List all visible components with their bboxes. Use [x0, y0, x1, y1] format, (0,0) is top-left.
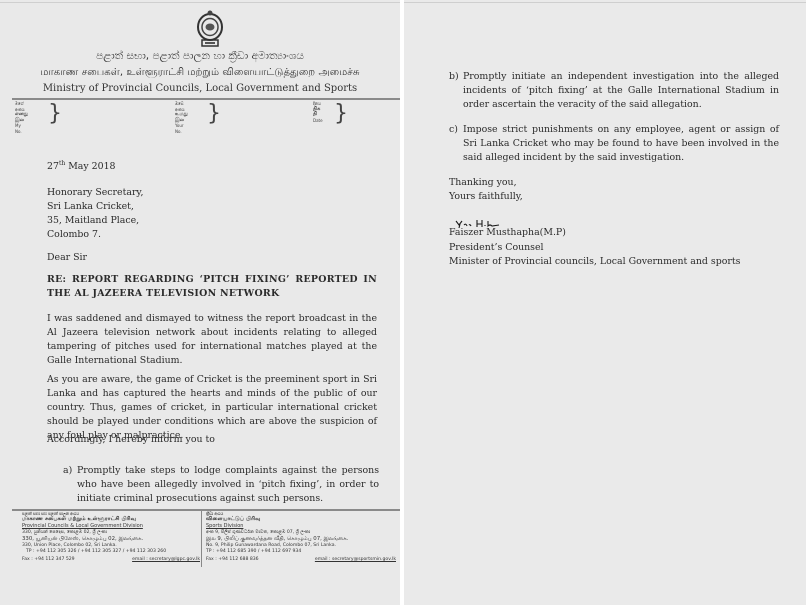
division-name-english: Provincial Councils & Local Government D…	[22, 523, 200, 530]
recipient-address: Honorary Secretary, Sri Lanka Cricket, 3…	[47, 186, 143, 242]
division-name-english: Sports Division	[206, 523, 396, 530]
field-label-english: Date	[313, 118, 323, 124]
paragraph: I was saddened and dismayed to witness t…	[47, 312, 377, 368]
letterhead-title-sinhala: පළාත් සභා, පළාත් පාලන හා ක්‍රීඩා අමාත්‍ය…	[0, 50, 400, 63]
fax-number: Fax : +94 112 688 836	[206, 556, 259, 564]
fax-email-row: Fax : +94 112 688 836 email : secretary@…	[206, 556, 396, 564]
field-label-english: Your No.	[175, 123, 188, 134]
fax-number: Fax : +94 112 347 529	[22, 556, 75, 564]
list-marker: a)	[63, 464, 72, 478]
recipient-line: 35, Maitland Place,	[47, 214, 143, 228]
paragraph: Accordingly, I hereby inform you to	[47, 433, 377, 447]
letter-subject: RE: REPORT REGARDING ‘PITCH FIXING’ REPO…	[47, 273, 377, 301]
recipient-line: Sri Lanka Cricket,	[47, 200, 143, 214]
email-address: email : secretary@sportsmin.gov.lk	[315, 556, 396, 564]
signatory-position: Minister of Provincial councils, Local G…	[449, 255, 740, 270]
letter-page-1: පළාත් සභා, පළාත් පාලන හා ක්‍රීඩා අමාත්‍ය…	[0, 0, 400, 605]
letterhead-title-tamil: மாகாண சபைகள், உள்ளூராட்சி மற்றும் விளையா…	[0, 67, 400, 79]
letter-date: 27th May 2018	[47, 157, 116, 174]
request-text: Promptly take steps to lodge complaints …	[77, 464, 379, 506]
division-name-tamil: மாகாண சபைகள் மற்றும் உள்ளூராட்சி பிரிவு	[22, 516, 200, 523]
recipient-line: Honorary Secretary,	[47, 186, 143, 200]
closing-line: Thanking you,	[449, 176, 523, 190]
brace-icon: }	[207, 101, 221, 127]
letter-closing: Thanking you, Yours faithfully,	[449, 176, 523, 204]
footer-provincial-councils-division: පළාත් සභා සහ පළාත් පාලන අංශය மாகாண சபைகள…	[22, 511, 200, 564]
request-item: c) Impose strict punishments on any empl…	[449, 123, 779, 167]
signatory-name: Faiszer Musthapha(M.P)	[449, 226, 740, 241]
request-text: Impose strict punishments on any employe…	[463, 123, 779, 165]
letterhead-title-english: Ministry of Provincial Councils, Local G…	[0, 83, 400, 94]
request-item: b) Promptly initiate an independent inve…	[449, 70, 779, 114]
closing-line: Yours faithfully,	[449, 190, 523, 204]
salutation: Dear Sir	[47, 251, 87, 265]
division-name-tamil: விளையாட்டுப் பிரிவு	[206, 516, 396, 523]
signatory-block: Faiszer Musthapha(M.P) President’s Couns…	[449, 226, 740, 270]
list-marker: c)	[449, 123, 458, 137]
request-text: Promptly initiate an independent investi…	[463, 70, 779, 112]
fax-email-row: Fax : +94 112 347 529 email : secretary@…	[22, 556, 200, 564]
footer-column-divider	[201, 511, 202, 567]
brace-icon: }	[48, 101, 62, 127]
list-marker: b)	[449, 70, 459, 84]
state-emblem-icon	[194, 10, 226, 50]
letterhead-divider	[12, 98, 400, 100]
page-edge	[0, 2, 400, 3]
footer-sports-division: ක්‍රීඩා අංශය விளையாட்டுப் பிரிவு Sports …	[206, 511, 396, 564]
field-label-english: My No.	[15, 123, 28, 134]
brace-icon: }	[334, 101, 348, 127]
page-edge	[404, 2, 806, 3]
email-address: email : secretary@lgpc.gov.lk	[132, 556, 200, 564]
request-item: a) Promptly take steps to lodge complain…	[63, 464, 379, 508]
recipient-line: Colombo 7.	[47, 228, 143, 242]
signatory-title: President’s Counsel	[449, 241, 740, 256]
